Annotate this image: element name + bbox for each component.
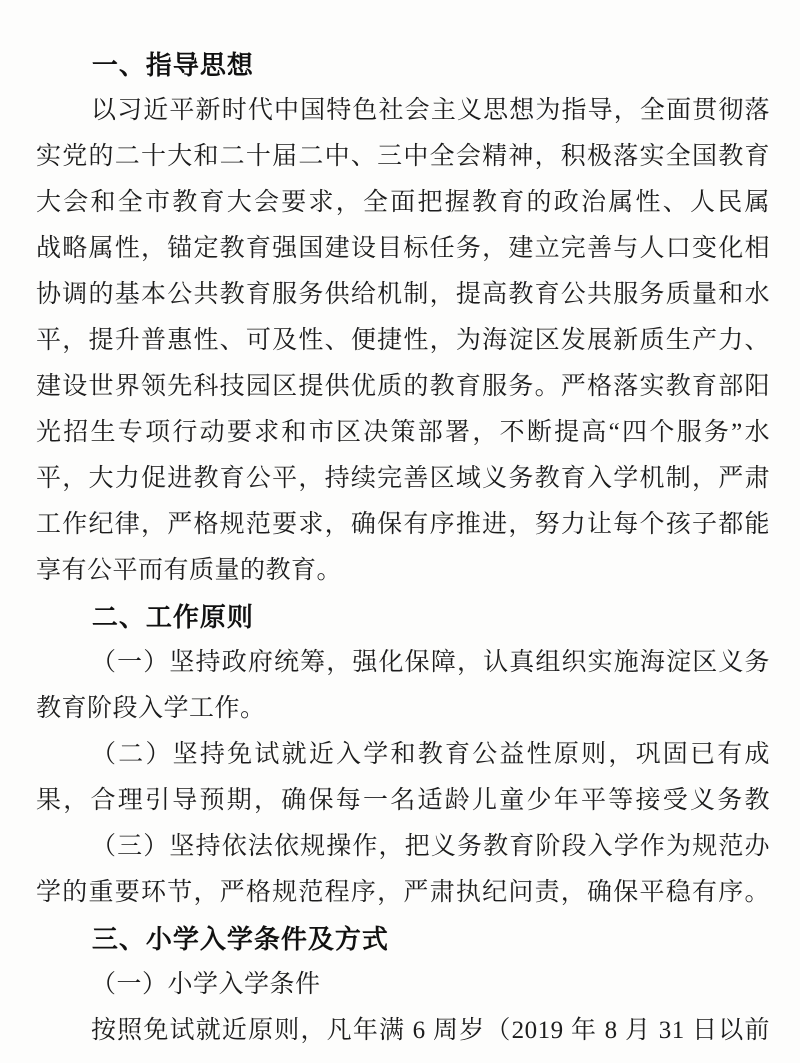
section-heading: 三、小学入学条件及方式	[36, 916, 770, 962]
paragraph-line: 平，提升普惠性、可及性、便捷性，为海淀区发展新质生产力、	[36, 318, 770, 364]
paragraph-line: 享有公平而有质量的教育。	[36, 548, 770, 594]
paragraph-line: 按照免试就近原则，凡年满 6 周岁（2019 年 8 月 31 日以前	[36, 1008, 770, 1054]
paragraph-line: 以习近平新时代中国特色社会主义思想为指导，全面贯彻落	[36, 88, 770, 134]
document-page: 一、指导思想以习近平新时代中国特色社会主义思想为指导，全面贯彻落实党的二十大和二…	[0, 0, 800, 1063]
paragraph-line: 光招生专项行动要求和市区决策部署，不断提高“四个服务”水	[36, 410, 770, 456]
paragraph-line: 建设世界领先科技园区提供优质的教育服务。严格落实教育部阳	[36, 364, 770, 410]
paragraph-line: 大会和全市教育大会要求，全面把握教育的政治属性、人民属性、	[36, 180, 770, 226]
paragraph-line: 工作纪律，严格规范要求，确保有序推进，努力让每个孩子都能	[36, 502, 770, 548]
section-heading: 一、指导思想	[36, 42, 770, 88]
paragraph-line: 学的重要环节，严格规范程序，严肃执纪问责，确保平稳有序。	[36, 870, 770, 916]
paragraph-line: （三）坚持依法依规操作，把义务教育阶段入学作为规范办	[36, 824, 770, 870]
paragraph-line: 战略属性，锚定教育强国建设目标任务，建立完善与人口变化相	[36, 226, 770, 272]
section-heading: 二、工作原则	[36, 594, 770, 640]
paragraph-line: 果，合理引导预期，确保每一名适龄儿童少年平等接受义务教育。	[36, 778, 770, 824]
paragraph-line: 协调的基本公共教育服务供给机制，提高教育公共服务质量和水	[36, 272, 770, 318]
document-body: 一、指导思想以习近平新时代中国特色社会主义思想为指导，全面贯彻落实党的二十大和二…	[36, 42, 770, 1054]
paragraph-line: （二）坚持免试就近入学和教育公益性原则，巩固已有成	[36, 732, 770, 778]
paragraph-line: （一）坚持政府统筹，强化保障，认真组织实施海淀区义务	[36, 640, 770, 686]
paragraph-line: 实党的二十大和二十届二中、三中全会精神，积极落实全国教育	[36, 134, 770, 180]
section-subheading: （一）小学入学条件	[36, 962, 770, 1008]
paragraph-line: 教育阶段入学工作。	[36, 686, 770, 732]
paragraph-line: 平，大力促进教育公平，持续完善区域义务教育入学机制，严肃	[36, 456, 770, 502]
